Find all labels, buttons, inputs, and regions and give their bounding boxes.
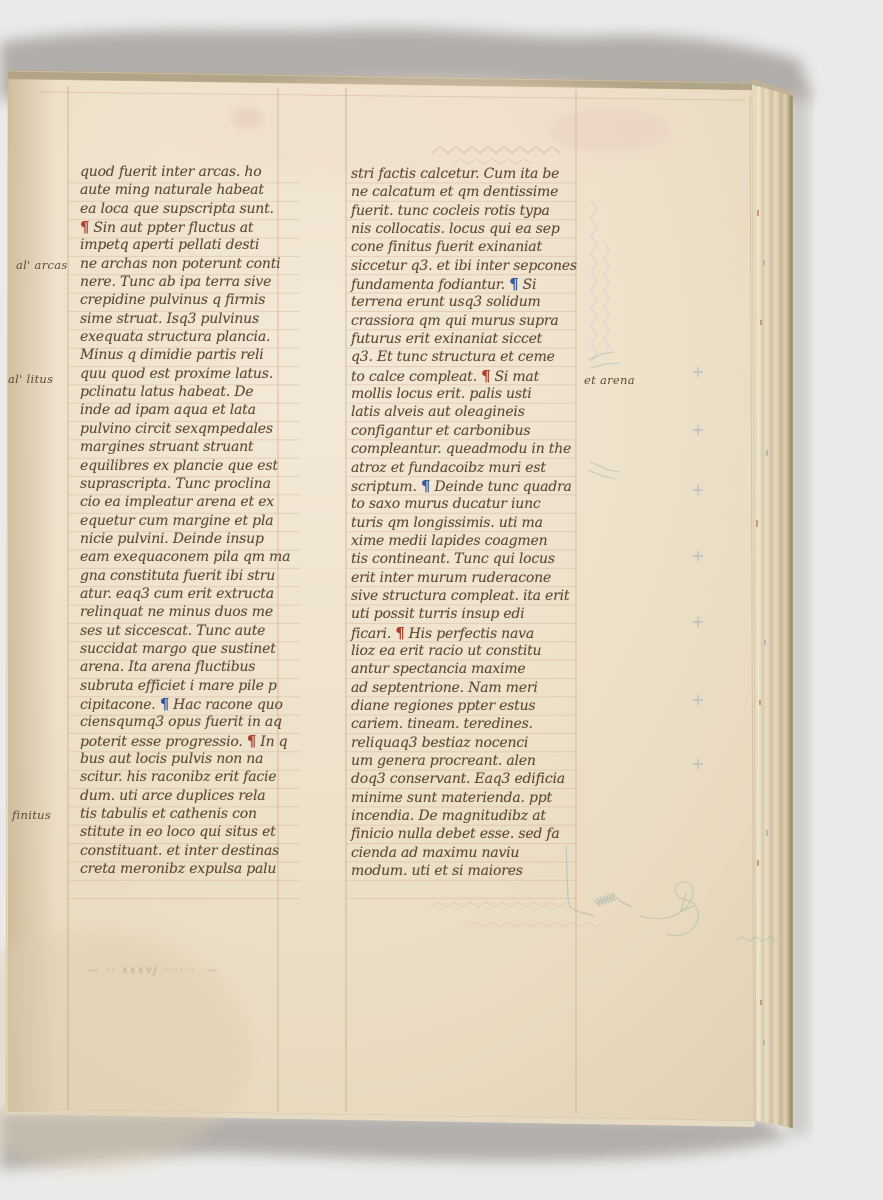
manuscript-text-line: suprascripta. Tunc proclina (80, 475, 308, 493)
manuscript-text-line: scitur. his raconibz erit facie (80, 768, 308, 786)
manuscript-text-line: ficari. ¶His perfectis nava (351, 624, 583, 642)
manuscript-text-line: creta meronibz expulsa palu (80, 860, 308, 878)
manuscript-text-line: poterit esse progressio. ¶In q (80, 732, 308, 750)
manuscript-text-line: ciensqumq3 opus fuerit in aq (80, 713, 308, 731)
manuscript-text-line: cone finitus fuerit exinaniat (351, 238, 583, 256)
manuscript-text-line: quod fuerit inter arcas. ho (80, 163, 308, 181)
manuscript-text-line: ad septentrione. Nam meri (351, 679, 583, 697)
manuscript-text-line: impetq aperti pellati desti (80, 236, 308, 254)
manuscript-text-line: fuerit. tunc cocleis rotis typa (351, 202, 583, 220)
manuscript-text-line: cienda ad maximu naviu (351, 844, 583, 862)
text-column-left: quod fuerit inter arcas. hoaute ming nat… (80, 163, 308, 878)
manuscript-text-line: finicio nulla debet esse. sed fa (351, 825, 583, 843)
manuscript-text-line: exequata structura plancia. (80, 328, 308, 346)
rubric-pilcrow-blue-icon: ¶ (421, 477, 430, 495)
fore-edge-pages (750, 78, 793, 1128)
manuscript-text-line: sime struat. Isq3 pulvinus (80, 310, 308, 328)
manuscript-text-line: compleantur. queadmodu in the (351, 440, 583, 458)
manuscript-text-line: erit inter murum ruderacone (351, 569, 583, 587)
manuscript-text-line: diane regiones ppter estus (351, 697, 583, 715)
manuscript-text-line: latis alveis aut oleagineis (351, 403, 583, 421)
manuscript-text-line: atroz et fundacoibz muri est (351, 459, 583, 477)
manuscript-text-line: cipitacone. ¶Hac racone quo (80, 695, 308, 713)
manuscript-text-line: um genera procreant. alen (351, 752, 583, 770)
manuscript-text-line: q3. Et tunc structura et ceme (351, 348, 583, 366)
manuscript-text-line: to saxo murus ducatur iunc (351, 495, 583, 513)
manuscript-text-line: crassiora qm qui murus supra (351, 312, 583, 330)
manuscript-text-line: siccetur q3. et ibi inter sepcones (351, 257, 583, 275)
manuscript-text-line: sive structura compleat. ita erit (351, 587, 583, 605)
manuscript-text-line: modum. uti et si maiores (351, 862, 583, 880)
manuscript-text-line: ea loca que supscripta sunt. (80, 200, 308, 218)
rubric-pilcrow-red-icon: ¶ (247, 732, 256, 750)
manuscript-text-line: minime sunt materienda. ppt (351, 789, 583, 807)
manuscript-text-line: cariem. tineam. teredines. (351, 715, 583, 733)
rubric-pilcrow-red-icon: ¶ (481, 367, 490, 385)
manuscript-text-line: futurus erit exinaniat siccet (351, 330, 583, 348)
manuscript-text-line: constituant. et inter destinas (80, 842, 308, 860)
manuscript-text-line: crepidine pulvinus q firmis (80, 291, 308, 309)
text-column-right: stri factis calcetur. Cum ita bene calca… (351, 165, 583, 880)
manuscript-text-line: equetur cum margine et pla (80, 512, 308, 530)
manuscript-text-line: lioz ea erit racio ut constitu (351, 642, 583, 660)
manuscript-text-line: nere. Tunc ab ipa terra sive (80, 273, 308, 291)
rubric-pilcrow-red-icon: ¶ (80, 218, 89, 236)
manuscript-text-line: fundamenta fodiantur. ¶Si (351, 275, 583, 293)
manuscript-text-line: uti possit turris insup edi (351, 605, 583, 623)
marginal-gloss-litus: al' litus (8, 372, 53, 386)
manuscript-text-line: mollis locus erit. palis usti (351, 385, 583, 403)
manuscript-text-line: antur spectancia maxime (351, 660, 583, 678)
manuscript-text-line: ses ut siccescat. Tunc aute (80, 622, 308, 640)
manuscript-text-line: terrena erunt usq3 solidum (351, 293, 583, 311)
manuscript-text-line: stitute in eo loco qui situs et (80, 823, 308, 841)
manuscript-text-line: subruta efficiet i mare pile p (80, 677, 308, 695)
manuscript-text-line: nicie pulvini. Deinde insup (80, 530, 308, 548)
manuscript-text-line: ne calcatum et qm dentissime (351, 183, 583, 201)
manuscript-text-line: bus aut locis pulvis non na (80, 750, 308, 768)
manuscript-text-line: xime medii lapides coagmen (351, 532, 583, 550)
manuscript-text-line: aute ming naturale habeat (80, 181, 308, 199)
manuscript-text-line: arena. Ita arena fluctibus (80, 658, 308, 676)
manuscript-text-line: reliquaq3 bestiaz nocenci (351, 734, 583, 752)
manuscript-text-line: atur. eaq3 cum erit extructa (80, 585, 308, 603)
manuscript-text-line: tis contineant. Tunc qui locus (351, 550, 583, 568)
manuscript-text-line: turis qm longissimis. uti ma (351, 514, 583, 532)
manuscript-text-line: Minus q dimidie partis reli (80, 346, 308, 364)
manuscript-text-line: scriptum. ¶Deinde tunc quadra (351, 477, 583, 495)
marginal-gloss-arena: et arena (584, 373, 635, 387)
manuscript-text-line: inde ad ipam aqua et lata (80, 401, 308, 419)
manuscript-text-line: ne archas non poterunt conti (80, 255, 308, 273)
manuscript-text-line: margines struant struant (80, 438, 308, 456)
rubric-pilcrow-blue-icon: ¶ (509, 275, 518, 293)
manuscript-photo: quod fuerit inter arcas. hoaute ming nat… (0, 0, 883, 1200)
marginal-gloss-arcas: al' arcas (16, 258, 68, 272)
manuscript-text-line: relinquat ne minus duos me (80, 603, 308, 621)
manuscript-text-line: doq3 conservant. Eaq3 edificia (351, 770, 583, 788)
manuscript-text-line: equilibres ex plancie que est (80, 457, 308, 475)
manuscript-text-line: to calce compleat. ¶Si mat (351, 367, 583, 385)
marginal-gloss-finitus: finitus (12, 808, 51, 822)
manuscript-text-line: pulvino circit sexqmpedales (80, 420, 308, 438)
manuscript-text-line: eam exequaconem pila qm ma (80, 548, 308, 566)
manuscript-text-line: succidat margo que sustinet (80, 640, 308, 658)
manuscript-text-line: configantur et carbonibus (351, 422, 583, 440)
manuscript-text-line: tis tabulis et cathenis con (80, 805, 308, 823)
manuscript-text-line: quu quod est proxime latus. (80, 365, 308, 383)
manuscript-text-line: stri factis calcetur. Cum ita be (351, 165, 583, 183)
manuscript-text-line: pclinatu latus habeat. De (80, 383, 308, 401)
manuscript-text-line: dum. uti arce duplices rela (80, 787, 308, 805)
manuscript-text-line: gna constituta fuerit ibi stru (80, 567, 308, 585)
manuscript-text-line: cio ea impleatur arena et ex (80, 493, 308, 511)
manuscript-text-line: ¶Sin aut ppter fluctus at (80, 218, 308, 236)
manuscript-text-line: nis collocatis. locus qui ea sep (351, 220, 583, 238)
manuscript-text-line: incendia. De magnitudibz at (351, 807, 583, 825)
rubric-pilcrow-blue-icon: ¶ (160, 695, 169, 713)
rubric-pilcrow-red-icon: ¶ (395, 624, 404, 642)
faint-bottom-inscription: — ·· xxxvj ······ ·— (88, 964, 219, 976)
